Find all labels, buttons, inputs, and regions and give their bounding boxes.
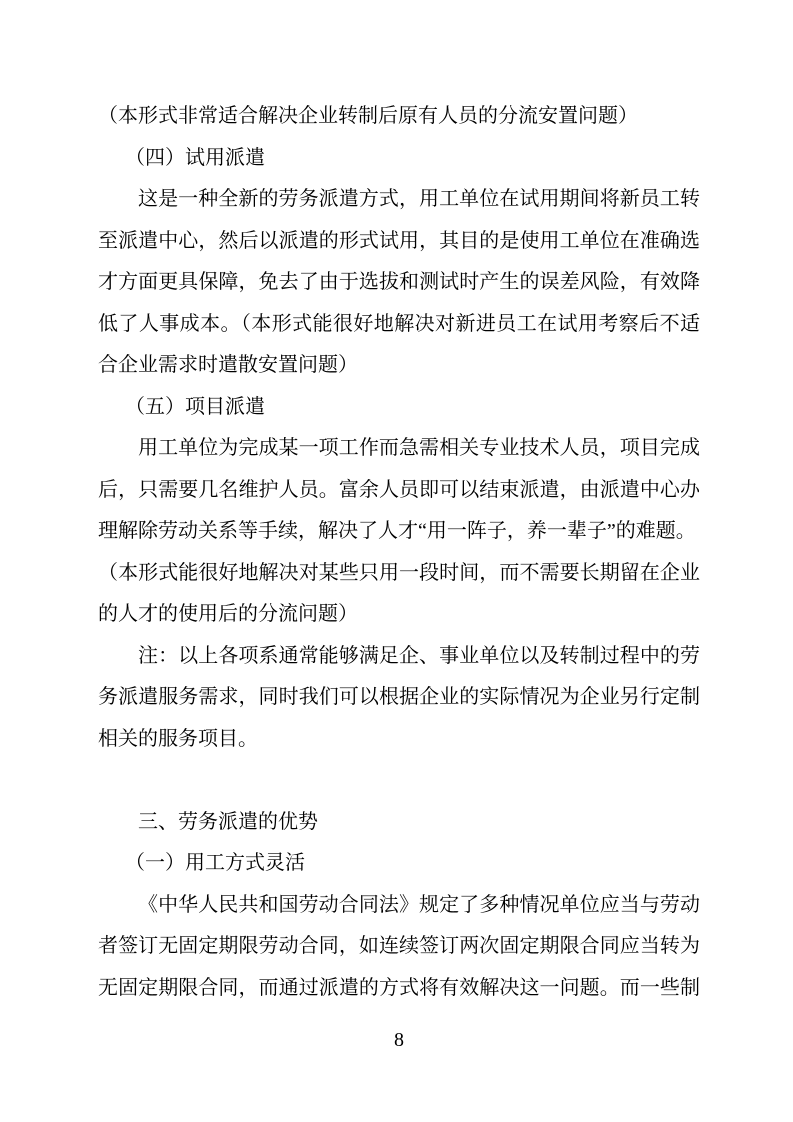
text-line: 至派遣中心，然后以派遣的形式试用，其目的是使用工单位在准确选 [98, 221, 700, 263]
text-line: 后，只需要几名维护人员。富余人员即可以结束派遣，由派遣中心办 [98, 470, 700, 512]
page-footer: 8 [98, 1026, 700, 1054]
text-line: 才方面更具保障，免去了由于选拔和测试时产生的误差风险，有效降 [98, 262, 700, 304]
text-line: 低了人事成本。（本形式能很好地解决对新进员工在试用考察后不适 [98, 304, 700, 346]
text-line: （四）试用派遣 [98, 138, 700, 180]
text-line: 者签订无固定期限劳动合同，如连续签订两次固定期限合同应当转为 [98, 926, 700, 968]
text-line: 无固定期限合同，而通过派遣的方式将有效解决这一问题。而一些制 [98, 968, 700, 1010]
text-line: 的人才的使用后的分流问题） [98, 594, 700, 636]
text-line: 务派遣服务需求，同时我们可以根据企业的实际情况为企业另行定制 [98, 677, 700, 719]
text-line: 合企业需求时遣散安置问题） [98, 345, 700, 387]
text-line: （本形式能很好地解决对某些只用一段时间，而不需要长期留在企业 [98, 553, 700, 595]
text-line: 这是一种全新的劳务派遣方式，用工单位在试用期间将新员工转 [98, 179, 700, 221]
text-line: 相关的服务项目。 [98, 719, 700, 761]
text-line: （本形式非常适合解决企业转制后原有人员的分流安置问题） [98, 96, 700, 138]
text-line: 注：以上各项系通常能够满足企、事业单位以及转制过程中的劳 [98, 636, 700, 678]
text-line: 三、劳务派遣的优势 [98, 802, 700, 844]
page-number: 8 [394, 1029, 404, 1051]
page-body-text: （本形式非常适合解决企业转制后原有人员的分流安置问题）（四）试用派遣这是一种全新… [98, 96, 700, 1009]
text-line: 《中华人民共和国劳动合同法》规定了多种情况单位应当与劳动 [98, 885, 700, 927]
blank-line [98, 760, 700, 802]
text-line: （五）项目派遣 [98, 387, 700, 429]
text-line: 理解除劳动关系等手续，解决了人才“用一阵子，养一辈子”的难题。 [98, 511, 700, 553]
text-line: 用工单位为完成某一项工作而急需相关专业技术人员，项目完成 [98, 428, 700, 470]
document-page: （本形式非常适合解决企业转制后原有人员的分流安置问题）（四）试用派遣这是一种全新… [0, 0, 793, 1122]
text-line: （一）用工方式灵活 [98, 843, 700, 885]
